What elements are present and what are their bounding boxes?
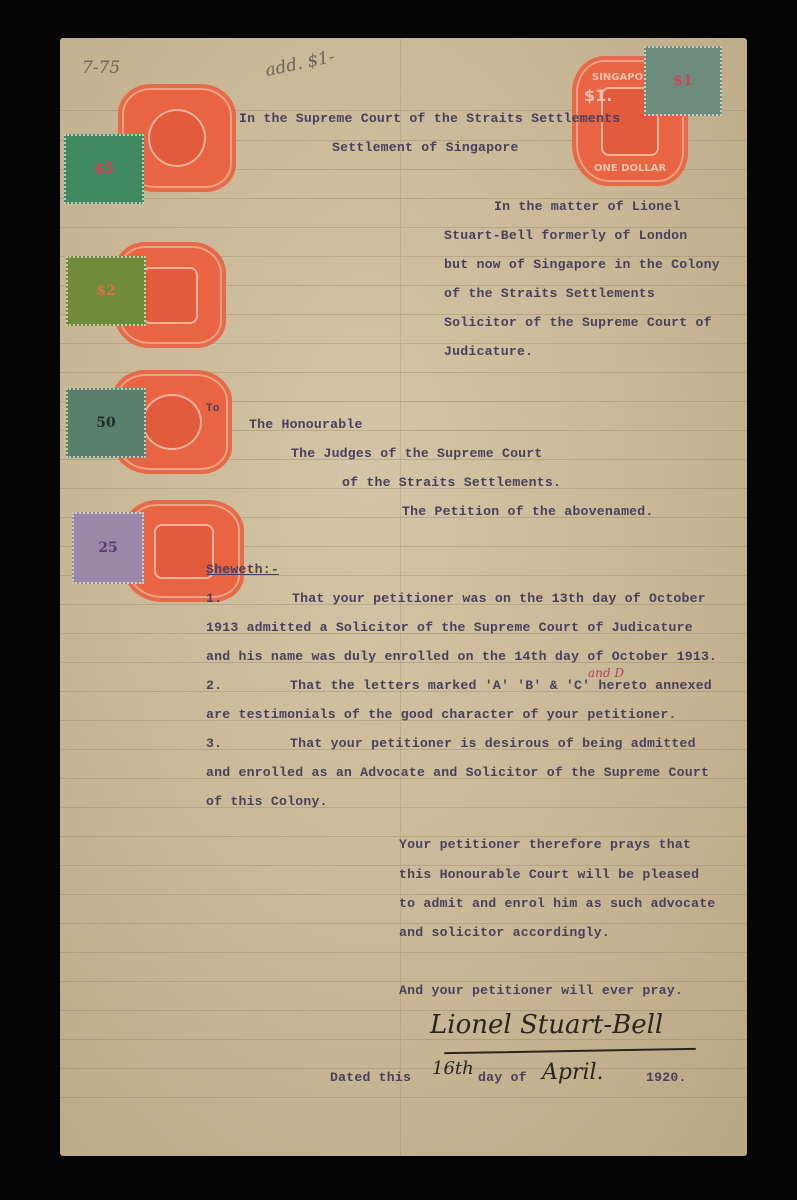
matter-line: Stuart-Bell formerly of London [444, 228, 687, 243]
prayer-line: Your petitioner therefore prays that [399, 837, 691, 852]
postage-stamp-5-dollars: $5 [64, 134, 144, 204]
court-heading: In the Supreme Court of the Straits Sett… [239, 111, 620, 126]
matter-line: In the matter of Lionel [494, 199, 681, 214]
address-to: To [206, 403, 220, 415]
paragraph-number: 3. [206, 736, 222, 751]
crown-icon [142, 394, 201, 450]
prayer-line: this Honourable Court will be pleased [399, 867, 699, 882]
matter-line: Judicature. [444, 344, 533, 359]
dated-day: 16th [432, 1058, 474, 1079]
paragraph-line: and his name was duly enrolled on the 14… [206, 649, 717, 664]
address-line: of the Straits Settlements. [342, 475, 561, 490]
prayer-line: to admit and enrol him as such advocate [399, 896, 715, 911]
paragraph-line: That your petitioner was on the 13th day… [292, 591, 706, 606]
crown-icon [148, 109, 206, 167]
signature: Lionel Stuart-Bell [430, 1010, 663, 1040]
revenue-stamp-one-dollar: $1 [644, 46, 722, 116]
pencil-note-fee: add. $1- [264, 47, 337, 81]
signature-underline [444, 1048, 696, 1054]
petition-title: The Petition of the abovenamed. [402, 504, 654, 519]
paragraph-line: of this Colony. [206, 794, 328, 809]
paragraph-line: That the letters marked 'A' 'B' & 'C' he… [290, 678, 712, 693]
dated-mid: day of [478, 1070, 527, 1085]
paragraph-line: are testimonials of the good character o… [206, 707, 677, 722]
dated-month: April. [542, 1060, 604, 1085]
paragraph-line: That your petitioner is desirous of bein… [290, 736, 696, 751]
settlement-heading: Settlement of Singapore [332, 140, 519, 155]
pencil-note-reference: 7-75 [82, 58, 120, 78]
address-line: The Judges of the Supreme Court [291, 446, 543, 461]
paragraph-number: 2. [206, 678, 222, 693]
crown-icon [154, 524, 213, 579]
sheweth-label: Sheweth:- [206, 562, 279, 577]
postage-stamp-2-dollars: $2 [66, 256, 146, 326]
dated-prefix: Dated this [330, 1070, 411, 1085]
prayer-line: and solicitor accordingly. [399, 925, 610, 940]
address-line: The Honourable [249, 417, 363, 432]
matter-line: Solicitor of the Supreme Court of [444, 315, 712, 330]
matter-line: of the Straits Settlements [444, 286, 655, 301]
matter-line: but now of Singapore in the Colony [444, 257, 720, 272]
crown-icon [142, 267, 198, 324]
petition-document: 7-75 add. $1- SINGAPORE $1. ONE DOLLAR $… [60, 38, 747, 1156]
dated-year: 1920. [646, 1070, 687, 1085]
closing-line: And your petitioner will ever pray. [399, 983, 683, 998]
paragraph-number: 1. [206, 591, 222, 606]
paragraph-line: and enrolled as an Advocate and Solicito… [206, 765, 709, 780]
paragraph-line: 1913 admitted a Solicitor of the Supreme… [206, 620, 693, 635]
postage-stamp-50-cents: 50 [66, 388, 146, 458]
postage-stamp-25-cents: 25 [72, 512, 144, 584]
